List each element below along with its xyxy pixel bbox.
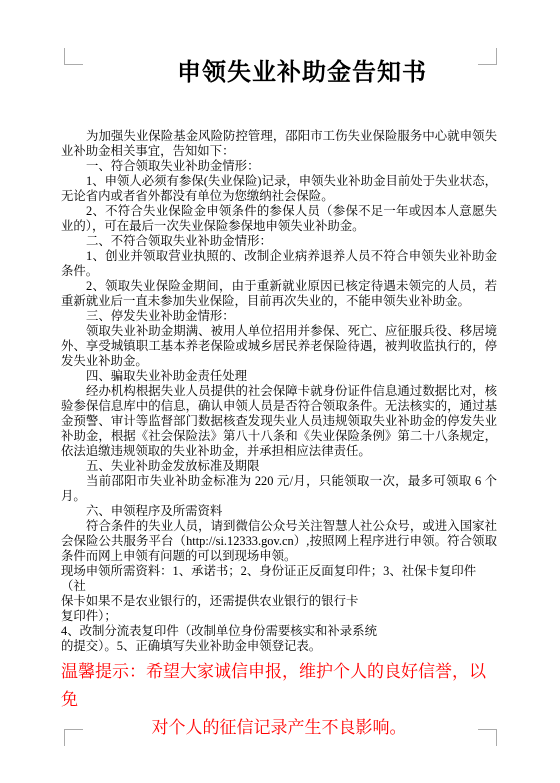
page-title: 申领失业补助金告知书 [107, 58, 497, 88]
body-paragraph: 2、领取失业保险金期间，由于重新就业原因已核定待遇未领完的人员，若重新就业后一直… [61, 279, 497, 309]
body-paragraph: 符合条件的失业人员，请到微信公众号关注智慧人社公众号，或进入国家社会保险公共服务… [61, 519, 497, 564]
document-page: 申领失业补助金告知书 为加强失业保险基金风险防控管理，邵阳市工伤失业保险服务中心… [0, 0, 560, 783]
body-paragraph: 五、失业补助金发放标准及期限 [61, 459, 497, 474]
body-paragraph: 四、骗取失业补助金责任处理 [61, 369, 497, 384]
notice-block: 温馨提示：希望大家诚信申报，维护个人的良好信誉，以免 对个人的征信记录产生不良影… [61, 658, 497, 742]
body-paragraph: 领取失业补助金期满、被用人单位招用并参保、死亡、应征服兵役、移居境外、享受城镇职… [61, 324, 497, 369]
body-paragraph: 二、不符合领取失业补助金情形： [61, 234, 497, 249]
body-paragraph: 为加强失业保险基金风险防控管理，邵阳市工伤失业保险服务中心就申领失业补助金相关事… [61, 129, 497, 159]
body-paragraph: 经办机构根据失业人员提供的社会保障卡就身份证件信息通过数据比对，核验参保信息库中… [61, 384, 497, 459]
body-paragraph: 六、申领程序及所需资料 [61, 504, 497, 519]
notice-line-1: 温馨提示：希望大家诚信申报，维护个人的良好信誉，以免 [61, 658, 497, 714]
body-paragraph: 现场申领所需资料：1、承诺书；2、身份证正反面复印件；3、社保卡复印件（社 [61, 564, 497, 594]
body-paragraph: 一、符合领取失业补助金情形： [61, 159, 497, 174]
body-paragraph: 保卡如果不是农业银行的，还需提供农业银行的银行卡 [61, 594, 497, 609]
body-paragraph: 2、不符合失业保险金申领条件的参保人员（参保不足一年或因本人意愿失业的），可在最… [61, 204, 497, 234]
notice-line-2: 对个人的征信记录产生不良影响。 [61, 714, 497, 742]
body-paragraph: 1、申领人必须有参保(失业保险)记录，申领失业补助金目前处于失业状态，无论省内或… [61, 174, 497, 204]
body-text: 为加强失业保险基金风险防控管理，邵阳市工伤失业保险服务中心就申领失业补助金相关事… [61, 129, 497, 654]
page-content: 申领失业补助金告知书 为加强失业保险基金风险防控管理，邵阳市工伤失业保险服务中心… [61, 0, 497, 742]
body-paragraph: 的提交）。5、正确填写失业补助金申领登记表。 [61, 639, 497, 654]
body-paragraph: 三、停发失业补助金情形： [61, 309, 497, 324]
body-paragraph: 1、创业并领取营业执照的、改制企业病养退养人员不符合申领失业补助金条件。 [61, 249, 497, 279]
body-paragraph: 当前邵阳市失业补助金标准为 220 元/月，只能领取一次，最多可领取 6 个月。 [61, 474, 497, 504]
body-paragraph: 复印件）； [61, 609, 497, 624]
body-paragraph: 4、改制分流表复印件（改制单位身份需要核实和补录系统 [61, 624, 497, 639]
